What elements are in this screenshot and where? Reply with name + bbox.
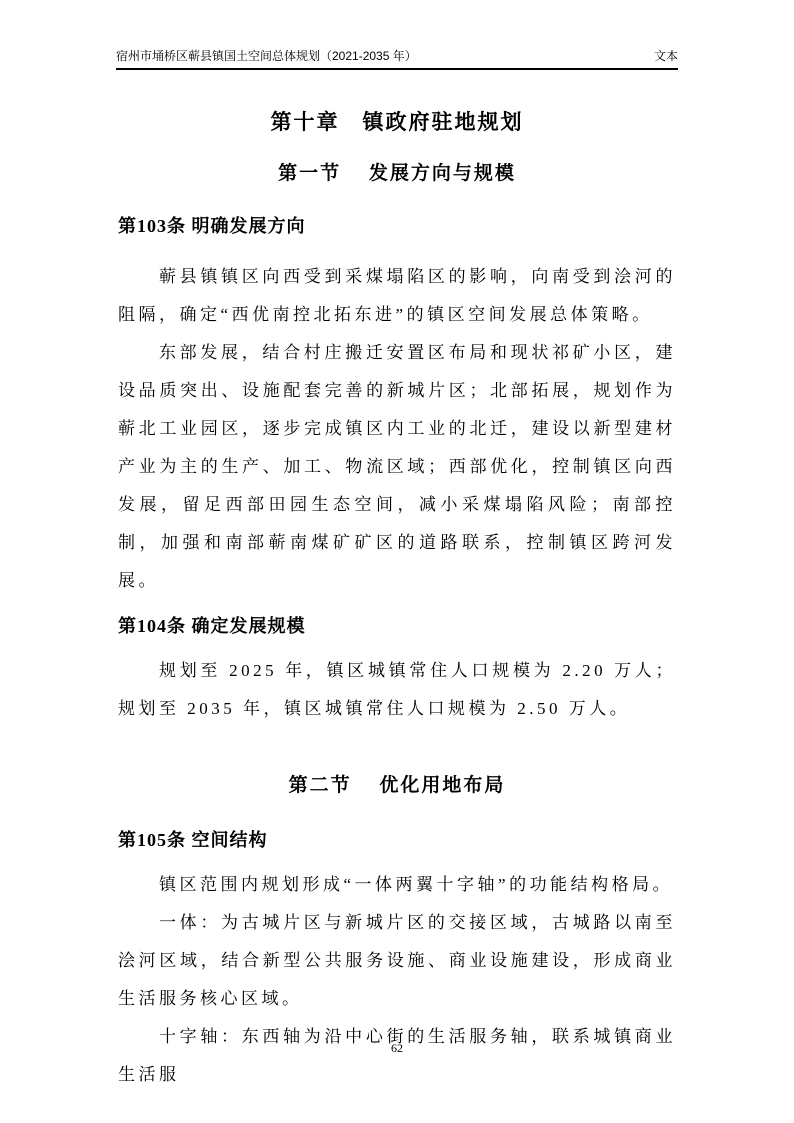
article-104-paragraph-1: 规划至 2025 年，镇区城镇常住人口规模为 2.20 万人；规划至 2035 …	[118, 652, 676, 728]
section-1-title: 第一节 发展方向与规模	[118, 162, 676, 186]
article-103-paragraph-1: 蕲县镇镇区向西受到采煤塌陷区的影响，向南受到浍河的阻隔，确定“西优南控北拓东进”…	[118, 258, 676, 334]
article-104-heading: 第104条 确定发展规模	[118, 614, 676, 638]
page-footer: 62	[0, 1040, 794, 1056]
article-103-heading: 第103条 明确发展方向	[118, 214, 676, 238]
page-number: 62	[391, 1041, 403, 1055]
article-103-paragraph-2: 东部发展，结合村庄搬迁安置区布局和现状祁矿小区，建设品质突出、设施配套完善的新城…	[118, 334, 676, 600]
article-105-paragraph-1: 镇区范围内规划形成“一体两翼十字轴”的功能结构格局。	[118, 866, 676, 904]
chapter-title: 第十章 镇政府驻地规划	[118, 110, 676, 136]
article-105-paragraph-2: 一体：为古城片区与新城片区的交接区域，古城路以南至浍河区域，结合新型公共服务设施…	[118, 904, 676, 1018]
section-2-title: 第二节 优化用地布局	[118, 774, 676, 798]
document-body: 第十章 镇政府驻地规划 第一节 发展方向与规模 第103条 明确发展方向 蕲县镇…	[118, 0, 676, 1094]
article-105-heading: 第105条 空间结构	[118, 828, 676, 852]
article-105-paragraph-3: 十字轴：东西轴为沿中心街的生活服务轴，联系城镇商业生活服	[118, 1018, 676, 1094]
document-page: 宿州市埇桥区蕲县镇国土空间总体规划（2021-2035 年） 文本 第十章 镇政…	[0, 0, 794, 1123]
